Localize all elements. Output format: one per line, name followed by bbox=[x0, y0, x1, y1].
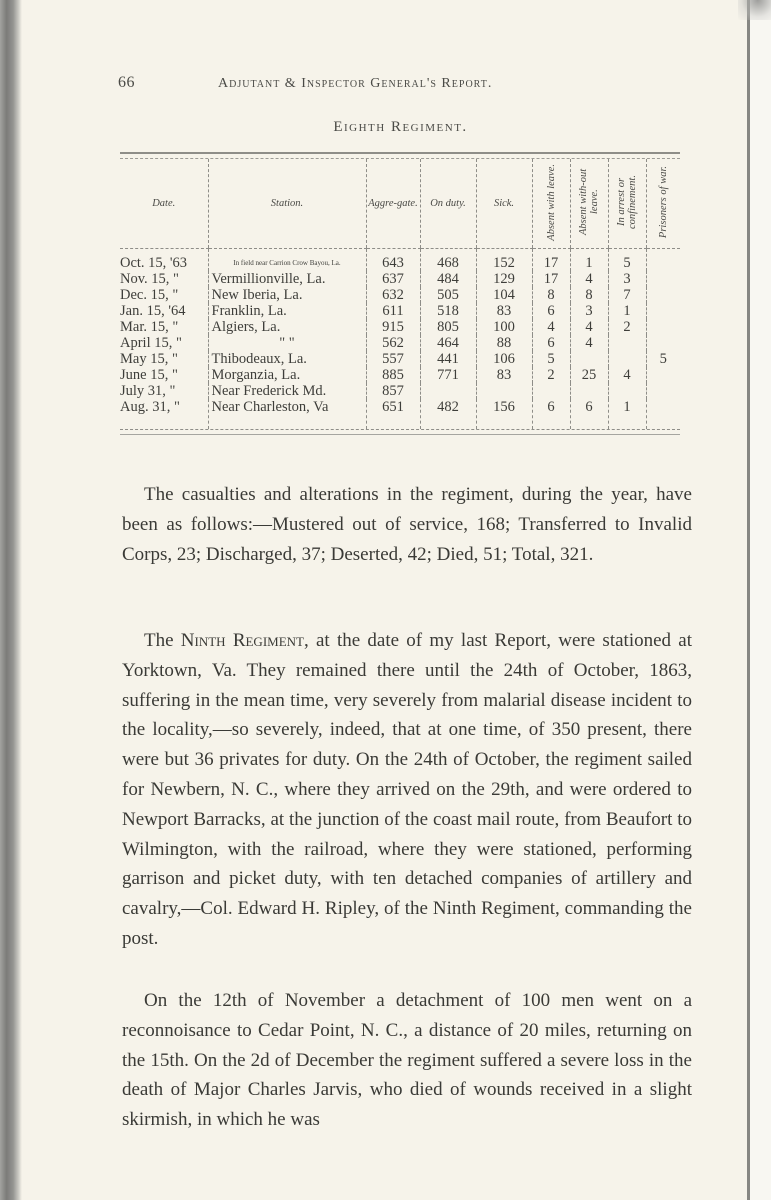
table-row: July 31, " Near Frederick Md. 857 bbox=[120, 383, 680, 399]
cell-absent-with-leave: 5 bbox=[532, 351, 570, 367]
cell-absent-without-leave: 8 bbox=[570, 287, 608, 303]
ninth-regiment-text: The Ninth Regiment, at the date of my la… bbox=[122, 626, 692, 954]
cell-absent-without-leave: 6 bbox=[570, 399, 608, 429]
cell-prisoners-of-war bbox=[646, 399, 680, 429]
cell-station: Morganzia, La. bbox=[208, 367, 366, 383]
table-row: Nov. 15, " Vermillionville, La. 637 484 … bbox=[120, 271, 680, 287]
table-title: Eighth Regiment. bbox=[0, 119, 771, 136]
header-absent-with-leave: Absent with leave. bbox=[532, 159, 570, 249]
cell-date: Mar. 15, " bbox=[120, 319, 208, 335]
header-in-arrest-label: In arrest or confinement. bbox=[616, 159, 638, 245]
cell-aggregate: 611 bbox=[366, 303, 420, 319]
cell-date: May 15, " bbox=[120, 351, 208, 367]
header-prisoners-of-war-label: Prisoners of war. bbox=[658, 166, 669, 238]
page-margin-right bbox=[750, 0, 771, 1200]
cell-absent-with-leave: 6 bbox=[532, 399, 570, 429]
cell-on-duty: 771 bbox=[420, 367, 476, 383]
header-on-duty: On duty. bbox=[420, 159, 476, 249]
cell-absent-with-leave: 6 bbox=[532, 335, 570, 351]
cell-aggregate: 637 bbox=[366, 271, 420, 287]
cell-date: Jan. 15, '64 bbox=[120, 303, 208, 319]
cell-on-duty bbox=[420, 383, 476, 399]
cell-sick: 88 bbox=[476, 335, 532, 351]
cell-in-arrest bbox=[608, 383, 646, 399]
header-station: Station. bbox=[208, 159, 366, 249]
cell-aggregate: 632 bbox=[366, 287, 420, 303]
cell-date: Aug. 31, " bbox=[120, 399, 208, 429]
cell-station: Near Frederick Md. bbox=[208, 383, 366, 399]
cell-in-arrest: 1 bbox=[608, 399, 646, 429]
header-aggregate-label: Aggre-gate. bbox=[368, 198, 417, 209]
header-absent-without-leave-label: Absent with-out leave. bbox=[578, 159, 600, 245]
cell-sick: 83 bbox=[476, 367, 532, 383]
cell-station: In field near Carrion Crow Bayou, La. bbox=[208, 249, 366, 272]
cell-prisoners-of-war bbox=[646, 271, 680, 287]
cell-on-duty: 518 bbox=[420, 303, 476, 319]
cell-absent-with-leave bbox=[532, 383, 570, 399]
cell-absent-with-leave: 8 bbox=[532, 287, 570, 303]
cell-absent-without-leave: 25 bbox=[570, 367, 608, 383]
table-row: June 15, " Morganzia, La. 885 771 83 2 2… bbox=[120, 367, 680, 383]
header-date: Date. bbox=[120, 159, 208, 249]
table-rule-bottom bbox=[120, 429, 680, 430]
cell-on-duty: 505 bbox=[420, 287, 476, 303]
table-row: Jan. 15, '64 Franklin, La. 611 518 83 6 … bbox=[120, 303, 680, 319]
cell-sick: 156 bbox=[476, 399, 532, 429]
cell-aggregate: 915 bbox=[366, 319, 420, 335]
cell-in-arrest: 3 bbox=[608, 271, 646, 287]
cell-station: Near Charleston, Va bbox=[208, 399, 366, 429]
cell-sick: 152 bbox=[476, 249, 532, 272]
table-header-row: Date. Station. Aggre-gate. On duty. Sick… bbox=[120, 159, 680, 249]
cell-in-arrest: 2 bbox=[608, 319, 646, 335]
cell-prisoners-of-war bbox=[646, 367, 680, 383]
cell-date: Dec. 15, " bbox=[120, 287, 208, 303]
header-absent-with-leave-label: Absent with leave. bbox=[546, 164, 557, 241]
cell-in-arrest: 5 bbox=[608, 249, 646, 272]
cell-date: June 15, " bbox=[120, 367, 208, 383]
header-aggregate: Aggre-gate. bbox=[366, 159, 420, 249]
table-rule-bottom-2 bbox=[120, 434, 680, 435]
cell-absent-without-leave bbox=[570, 383, 608, 399]
cell-station: Franklin, La. bbox=[208, 303, 366, 319]
cell-station: " " bbox=[208, 335, 366, 351]
cell-aggregate: 885 bbox=[366, 367, 420, 383]
table-rule-top bbox=[120, 152, 680, 154]
cell-date: July 31, " bbox=[120, 383, 208, 399]
cell-date: Oct. 15, '63 bbox=[120, 249, 208, 272]
cell-sick: 100 bbox=[476, 319, 532, 335]
cell-prisoners-of-war bbox=[646, 383, 680, 399]
cell-station: Algiers, La. bbox=[208, 319, 366, 335]
november-text: On the 12th of November a detachment of … bbox=[122, 986, 692, 1135]
corner-smudge bbox=[738, 0, 771, 20]
cell-sick: 129 bbox=[476, 271, 532, 287]
page-number: 66 bbox=[118, 74, 218, 92]
cell-absent-without-leave: 3 bbox=[570, 303, 608, 319]
cell-aggregate: 643 bbox=[366, 249, 420, 272]
cell-prisoners-of-war: 5 bbox=[646, 351, 680, 367]
table-row: Mar. 15, " Algiers, La. 915 805 100 4 4 … bbox=[120, 319, 680, 335]
cell-absent-with-leave: 4 bbox=[532, 319, 570, 335]
table-row: Aug. 31, " Near Charleston, Va 651 482 1… bbox=[120, 399, 680, 429]
cell-absent-with-leave: 6 bbox=[532, 303, 570, 319]
regiment-table: Date. Station. Aggre-gate. On duty. Sick… bbox=[120, 159, 680, 429]
cell-absent-without-leave bbox=[570, 351, 608, 367]
cell-aggregate: 562 bbox=[366, 335, 420, 351]
binding-shadow bbox=[0, 0, 22, 1200]
cell-absent-with-leave: 17 bbox=[532, 271, 570, 287]
cell-absent-without-leave: 4 bbox=[570, 271, 608, 287]
cell-absent-with-leave: 2 bbox=[532, 367, 570, 383]
cell-station: Vermillionville, La. bbox=[208, 271, 366, 287]
cell-absent-without-leave: 4 bbox=[570, 319, 608, 335]
cell-absent-with-leave: 17 bbox=[532, 249, 570, 272]
table-row: Dec. 15, " New Iberia, La. 632 505 104 8… bbox=[120, 287, 680, 303]
casualties-paragraph: The casualties and alterations in the re… bbox=[122, 480, 692, 569]
cell-prisoners-of-war bbox=[646, 335, 680, 351]
cell-sick: 104 bbox=[476, 287, 532, 303]
table-row: April 15, " " " 562 464 88 6 4 bbox=[120, 335, 680, 351]
cell-in-arrest: 1 bbox=[608, 303, 646, 319]
cell-sick: 83 bbox=[476, 303, 532, 319]
table-row: May 15, " Thibodeaux, La. 557 441 106 5 … bbox=[120, 351, 680, 367]
cell-date: April 15, " bbox=[120, 335, 208, 351]
cell-station: New Iberia, La. bbox=[208, 287, 366, 303]
november-paragraph: On the 12th of November a detachment of … bbox=[122, 986, 692, 1135]
cell-absent-without-leave: 1 bbox=[570, 249, 608, 272]
header-absent-without-leave: Absent with-out leave. bbox=[570, 159, 608, 249]
cell-sick bbox=[476, 383, 532, 399]
cell-on-duty: 464 bbox=[420, 335, 476, 351]
cell-on-duty: 468 bbox=[420, 249, 476, 272]
header-prisoners-of-war: Prisoners of war. bbox=[646, 159, 680, 249]
casualties-text: The casualties and alterations in the re… bbox=[122, 480, 692, 569]
header-sick: Sick. bbox=[476, 159, 532, 249]
ninth-intro-prefix: The bbox=[144, 630, 181, 651]
table-row: Oct. 15, '63 In field near Carrion Crow … bbox=[120, 249, 680, 272]
ninth-regiment-paragraph: The Ninth Regiment, at the date of my la… bbox=[122, 626, 692, 954]
report-title: Adjutant & Inspector General's Report. bbox=[218, 76, 492, 92]
cell-aggregate: 857 bbox=[366, 383, 420, 399]
regiment-table-wrap: Date. Station. Aggre-gate. On duty. Sick… bbox=[120, 152, 680, 435]
ninth-intro-rest: , at the date of my last Report, were st… bbox=[122, 630, 692, 949]
cell-aggregate: 557 bbox=[366, 351, 420, 367]
cell-on-duty: 482 bbox=[420, 399, 476, 429]
cell-on-duty: 484 bbox=[420, 271, 476, 287]
cell-sick: 106 bbox=[476, 351, 532, 367]
cell-prisoners-of-war bbox=[646, 287, 680, 303]
cell-on-duty: 805 bbox=[420, 319, 476, 335]
cell-in-arrest: 7 bbox=[608, 287, 646, 303]
header-in-arrest: In arrest or confinement. bbox=[608, 159, 646, 249]
cell-date: Nov. 15, " bbox=[120, 271, 208, 287]
cell-prisoners-of-war bbox=[646, 249, 680, 272]
cell-in-arrest bbox=[608, 335, 646, 351]
cell-prisoners-of-war bbox=[646, 303, 680, 319]
cell-on-duty: 441 bbox=[420, 351, 476, 367]
cell-in-arrest: 4 bbox=[608, 367, 646, 383]
cell-in-arrest bbox=[608, 351, 646, 367]
running-head: 66 Adjutant & Inspector General's Report… bbox=[118, 74, 588, 92]
cell-station: Thibodeaux, La. bbox=[208, 351, 366, 367]
cell-aggregate: 651 bbox=[366, 399, 420, 429]
ninth-regiment-name: Ninth Regiment bbox=[181, 630, 304, 651]
cell-prisoners-of-war bbox=[646, 319, 680, 335]
cell-absent-without-leave: 4 bbox=[570, 335, 608, 351]
